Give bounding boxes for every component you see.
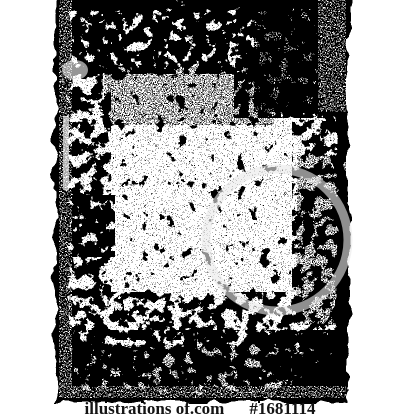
caption-site: illustrations of.com — [85, 399, 225, 418]
grunge-frame — [55, 0, 350, 403]
image-caption: illustrations of.com#1681114 — [0, 398, 400, 420]
grunge-artwork — [0, 0, 400, 404]
stock-image-preview: illustrations of.com#1681114 — [0, 0, 400, 420]
caption-image-number: #1681114 — [249, 399, 315, 418]
watermark-bar — [63, 116, 69, 190]
watermark-blob — [62, 60, 88, 80]
